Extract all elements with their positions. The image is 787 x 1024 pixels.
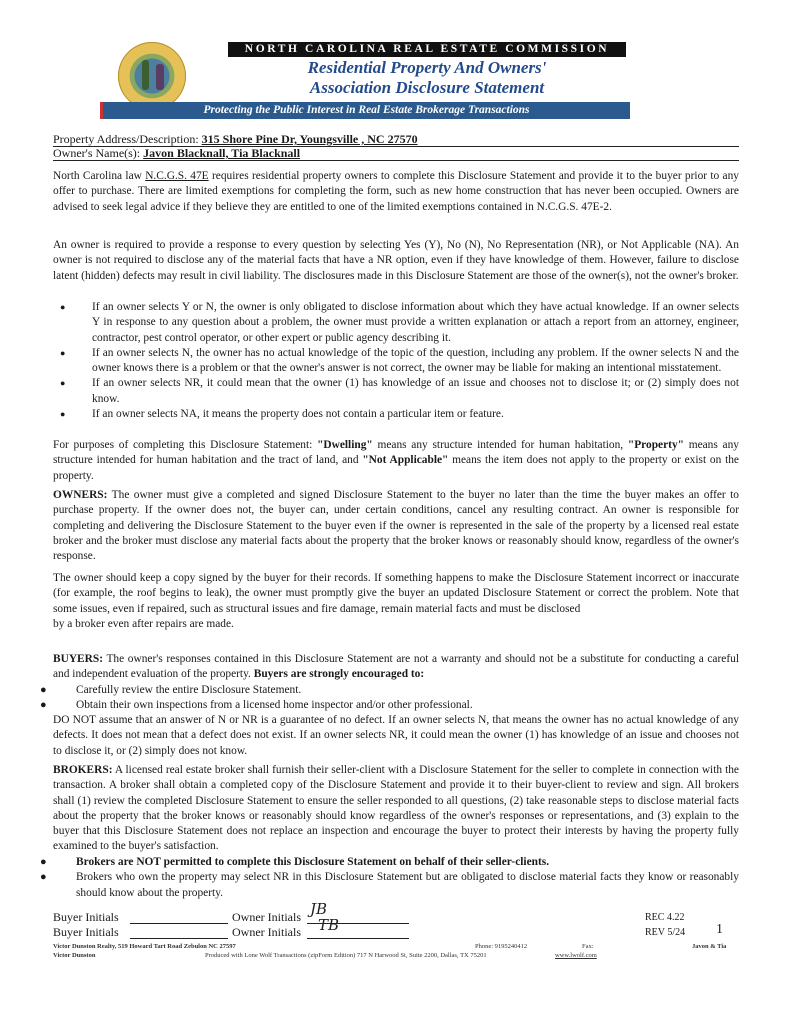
definitions-paragraph: For purposes of completing this Disclosu…	[53, 438, 739, 484]
tagline-banner: Protecting the Public Interest in Real E…	[100, 102, 630, 119]
intro-paragraph: North Carolina law N.C.G.S. 47E requires…	[53, 169, 739, 215]
website-link[interactable]: www.lwolf.com	[555, 952, 597, 959]
owners-update-text: The owner should keep a copy signed by t…	[53, 572, 739, 615]
property-address-value[interactable]: 315 Shore Pine Dr, Youngsville , NC 2757…	[202, 132, 418, 146]
bullet-icon: ●	[40, 698, 47, 713]
bullet-icon: ●	[60, 346, 65, 361]
bullet-y-or-n: ●If an owner selects Y or N, the owner i…	[72, 300, 739, 346]
owner-names-label: Owner's Name(s):	[53, 146, 140, 160]
brokers-paragraph: BROKERS: A licensed real estate broker s…	[53, 763, 739, 855]
brokers-list: ●Brokers are NOT permitted to complete t…	[56, 855, 739, 901]
brokers-heading: BROKERS:	[53, 764, 113, 776]
owner-initials-label-1: Owner Initials	[232, 910, 301, 925]
disclosure-page: NORTH CAROLINA REAL ESTATE COMMISSION Re…	[0, 0, 787, 1024]
bullet-text: Obtain their own inspections from a lice…	[76, 699, 473, 711]
def-not-applicable: "Not Applicable"	[362, 454, 448, 466]
buyers-list: ●Carefully review the entire Disclosure …	[56, 683, 739, 714]
brokers-bullet-own-property: ●Brokers who own the property may select…	[56, 870, 739, 901]
buyers-encouraged: Buyers are strongly encouraged to:	[254, 668, 424, 680]
file-name: Javon & Tia	[692, 943, 726, 950]
bullet-icon: ●	[40, 683, 47, 698]
rec-code: REC 4.22	[645, 912, 684, 923]
buyer-initials-label-2: Buyer Initials	[53, 925, 119, 940]
bullet-icon: ●	[40, 870, 47, 885]
bullet-text: If an owner selects N, the owner has no …	[92, 347, 739, 374]
agent-name: Victor Dunston	[53, 952, 95, 959]
owners-update-paragraph: The owner should keep a copy signed by t…	[53, 571, 739, 632]
owner-initials-label-2: Owner Initials	[232, 925, 301, 940]
owner-signature-2: TB	[318, 916, 339, 934]
property-address-row: Property Address/Description: 315 Shore …	[53, 132, 739, 147]
fax-number: Fax:	[582, 943, 594, 950]
def-text: means any structure intended for human h…	[373, 439, 628, 451]
buyers-bullet-inspect: ●Obtain their own inspections from a lic…	[56, 698, 739, 713]
rev-code: REV 5/24	[645, 927, 685, 938]
bullet-na: ●If an owner selects NA, it means the pr…	[72, 407, 739, 422]
owner-names-value[interactable]: Javon Blacknall, Tia Blacknall	[143, 146, 300, 160]
property-address-label: Property Address/Description:	[53, 132, 199, 146]
buyer-initials-field-2[interactable]	[130, 926, 228, 939]
bullet-icon: ●	[60, 300, 65, 315]
brokers-text: A licensed real estate broker shall furn…	[53, 764, 739, 852]
response-instructions: An owner is required to provide a respon…	[53, 238, 739, 284]
bullet-icon: ●	[40, 855, 47, 870]
nc-seal-icon	[118, 42, 186, 110]
bullet-icon: ●	[60, 407, 65, 422]
buyers-heading: BUYERS:	[53, 653, 103, 665]
buyers-paragraph: BUYERS: The owner's responses contained …	[53, 652, 739, 683]
commission-banner: NORTH CAROLINA REAL ESTATE COMMISSION	[228, 42, 626, 57]
brokers-bullet-not-permitted: ●Brokers are NOT permitted to complete t…	[56, 855, 739, 870]
buyer-initials-field-1[interactable]	[130, 911, 228, 924]
bullet-n: ●If an owner selects N, the owner has no…	[72, 346, 739, 377]
owner-names-row: Owner's Name(s): Javon Blacknall, Tia Bl…	[53, 146, 739, 161]
intro-text: North Carolina law	[53, 170, 145, 182]
owners-update-tail: by a broker even after repairs are made.	[53, 618, 234, 630]
ncgs-47e-link[interactable]: N.C.G.S. 47E	[145, 170, 208, 182]
buyers-bullet-review: ●Carefully review the entire Disclosure …	[56, 683, 739, 698]
produced-with: Produced with Lone Wolf Transactions (zi…	[205, 952, 487, 959]
bullet-text: Brokers who own the property may select …	[76, 871, 739, 898]
bullet-text: If an owner selects NA, it means the pro…	[92, 408, 504, 420]
bullet-nr: ●If an owner selects NR, it could mean t…	[72, 376, 739, 407]
form-title-line2: Association Disclosure Statement	[228, 78, 626, 98]
bullet-text: If an owner selects Y or N, the owner is…	[92, 301, 739, 344]
def-dwelling: "Dwelling"	[317, 439, 373, 451]
bullet-text: If an owner selects NR, it could mean th…	[92, 377, 739, 404]
bullet-icon: ●	[60, 376, 65, 391]
seal-figure-right	[156, 64, 164, 90]
buyer-initials-label-1: Buyer Initials	[53, 910, 119, 925]
bullet-text: Brokers are NOT permitted to complete th…	[76, 856, 549, 868]
buyers-warning-paragraph: DO NOT assume that an answer of N or NR …	[53, 713, 739, 759]
response-options-list: ●If an owner selects Y or N, the owner i…	[72, 300, 739, 422]
page-number: 1	[716, 922, 723, 938]
owners-paragraph: OWNERS: The owner must give a completed …	[53, 488, 739, 564]
phone-number: Phone: 9195240412	[475, 943, 527, 950]
def-property: "Property"	[628, 439, 684, 451]
def-text: For purposes of completing this Disclosu…	[53, 439, 317, 451]
bullet-text: Carefully review the entire Disclosure S…	[76, 684, 301, 696]
seal-figure-left	[142, 60, 149, 90]
owners-heading: OWNERS:	[53, 489, 107, 501]
form-title-line1: Residential Property And Owners'	[228, 58, 626, 78]
brokerage-info: Victor Dunston Realty, 519 Howard Tart R…	[53, 943, 236, 950]
owners-text: The owner must give a completed and sign…	[53, 489, 739, 562]
